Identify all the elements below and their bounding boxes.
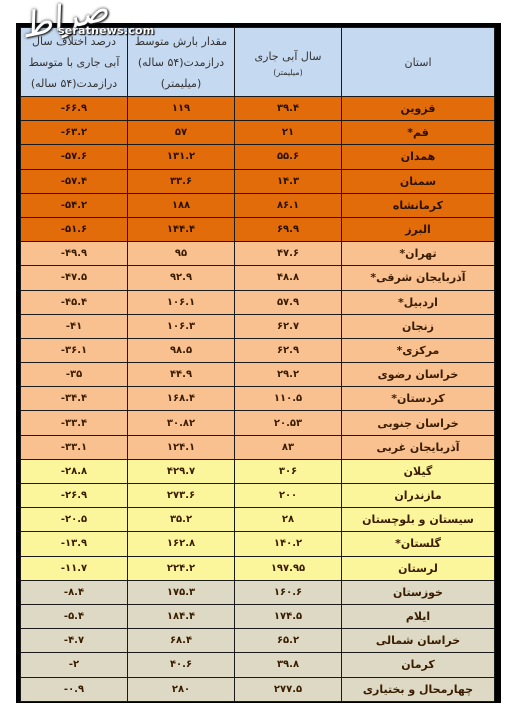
cell-province: قزوین: [342, 97, 495, 121]
cell-long-term-average: ۲۷۳.۶: [128, 484, 235, 508]
cell-current-year: ۶۲.۹: [235, 338, 342, 362]
cell-current-year: ۵۵.۶: [235, 145, 342, 169]
cell-diff-percent: -۱۳.۹: [21, 532, 128, 556]
cell-diff-percent: -۳۵: [21, 363, 128, 387]
cell-current-year: ۲۰۰: [235, 484, 342, 508]
cell-province: گلستان*: [342, 532, 495, 556]
cell-long-term-average: ۱۰۶.۱: [128, 290, 235, 314]
cell-province: مازندران: [342, 484, 495, 508]
cell-long-term-average: ۴۲۹.۷: [128, 459, 235, 483]
cell-current-year: ۲۰.۵۳: [235, 411, 342, 435]
cell-long-term-average: ۲۲۴.۲: [128, 556, 235, 580]
cell-province: سیستان و بلوچستان: [342, 508, 495, 532]
watermark-url: seratnews.com: [58, 24, 154, 37]
cell-current-year: ۳۰۶: [235, 459, 342, 483]
cell-long-term-average: ۱۶۸.۴: [128, 387, 235, 411]
cell-province: کردستان*: [342, 387, 495, 411]
table-row: -۴.۷۶۸.۴۶۵.۲خراسان شمالی: [21, 629, 495, 653]
cell-diff-percent: -۶۶.۹: [21, 97, 128, 121]
cell-province: خراسان جنوبی: [342, 411, 495, 435]
cell-province: لرستان: [342, 556, 495, 580]
table-row: -۵۱.۶۱۴۴.۴۶۹.۹البرز: [21, 217, 495, 241]
table-row: -۴۷.۵۹۲.۹۴۸.۸آذربایجان شرقی*: [21, 266, 495, 290]
cell-current-year: ۴۸.۸: [235, 266, 342, 290]
cell-current-year: ۱۴۰.۲: [235, 532, 342, 556]
cell-diff-percent: -۲: [21, 653, 128, 677]
cell-diff-percent: -۳۳.۴: [21, 411, 128, 435]
cell-current-year: ۶۲.۷: [235, 314, 342, 338]
table-row: -۱۱.۷۲۲۴.۲۱۹۷.۹۵لرستان: [21, 556, 495, 580]
cell-current-year: ۲۱: [235, 121, 342, 145]
table-row: -۵۴.۲۱۸۸۸۶.۱کرمانشاه: [21, 193, 495, 217]
table-row: -۸.۴۱۷۵.۳۱۶۰.۶خوزستان: [21, 580, 495, 604]
cell-current-year: ۱۴.۳: [235, 169, 342, 193]
table-row: -۴۱۱۰۶.۳۶۲.۷زنجان: [21, 314, 495, 338]
cell-long-term-average: ۱۶۲.۸: [128, 532, 235, 556]
cell-long-term-average: ۳۵.۲: [128, 508, 235, 532]
header-current-unit: (میلیمتر): [235, 67, 341, 79]
table-row: -۳۶.۱۹۸.۵۶۲.۹مرکزی*: [21, 338, 495, 362]
cell-province: تهران*: [342, 242, 495, 266]
cell-long-term-average: ۳۰.۸۲: [128, 411, 235, 435]
cell-diff-percent: -۴۱: [21, 314, 128, 338]
cell-current-year: ۲۹.۲: [235, 363, 342, 387]
header-province-label: استان: [404, 56, 431, 69]
cell-long-term-average: ۵۷: [128, 121, 235, 145]
cell-province: خراسان شمالی: [342, 629, 495, 653]
cell-current-year: ۱۷۴.۵: [235, 604, 342, 628]
cell-long-term-average: ۱۸۴.۴: [128, 604, 235, 628]
cell-province: کرمانشاه: [342, 193, 495, 217]
cell-province: مرکزی*: [342, 338, 495, 362]
table-row: -۲۸.۸۴۲۹.۷۳۰۶گیلان: [21, 459, 495, 483]
cell-diff-percent: -۴۹.۹: [21, 242, 128, 266]
cell-long-term-average: ۴۴.۹: [128, 363, 235, 387]
table-row: -۴۵.۴۱۰۶.۱۵۷.۹اردبیل*: [21, 290, 495, 314]
cell-province: زنجان: [342, 314, 495, 338]
cell-current-year: ۲۸: [235, 508, 342, 532]
table-body: -۶۶.۹۱۱۹۳۹.۴قزوین-۶۳.۲۵۷۲۱قم*-۵۷.۶۱۳۱.۲۵…: [21, 97, 495, 702]
rainfall-table: درصد اختلاف سال آبی جاری با متوسط درازمد…: [20, 27, 495, 702]
cell-diff-percent: -۱۱.۷: [21, 556, 128, 580]
cell-diff-percent: -۳۳.۱: [21, 435, 128, 459]
cell-diff-percent: -۵۷.۴: [21, 169, 128, 193]
cell-long-term-average: ۹۵: [128, 242, 235, 266]
table-row: -۵.۴۱۸۴.۴۱۷۴.۵ایلام: [21, 604, 495, 628]
cell-current-year: ۲۷۷.۵: [235, 677, 342, 701]
header-current-label: سال آبی جاری: [255, 50, 322, 63]
cell-province: ایلام: [342, 604, 495, 628]
cell-province: همدان: [342, 145, 495, 169]
cell-province: قم*: [342, 121, 495, 145]
cell-diff-percent: -۸.۴: [21, 580, 128, 604]
cell-current-year: ۱۹۷.۹۵: [235, 556, 342, 580]
cell-current-year: ۴۷.۶: [235, 242, 342, 266]
cell-diff-percent: -۳۴.۴: [21, 387, 128, 411]
cell-current-year: ۶۵.۲: [235, 629, 342, 653]
cell-diff-percent: -۴۷.۵: [21, 266, 128, 290]
cell-long-term-average: ۱۸۸: [128, 193, 235, 217]
cell-long-term-average: ۶۸.۴: [128, 629, 235, 653]
cell-diff-percent: -۵.۴: [21, 604, 128, 628]
cell-long-term-average: ۱۴۴.۴: [128, 217, 235, 241]
cell-province: خوزستان: [342, 580, 495, 604]
cell-current-year: ۸۳: [235, 435, 342, 459]
cell-long-term-average: ۴۰.۶: [128, 653, 235, 677]
cell-diff-percent: -۵۷.۶: [21, 145, 128, 169]
table-row: -۲۶.۹۲۷۳.۶۲۰۰مازندران: [21, 484, 495, 508]
cell-diff-percent: -۶۳.۲: [21, 121, 128, 145]
header-current-year: سال آبی جاری (میلیمتر): [235, 28, 342, 97]
header-avg-label: مقدار بارش متوسط درازمدت(۵۴ ساله): [135, 35, 227, 69]
table-row: -۳۴.۴۱۶۸.۴۱۱۰.۵کردستان*: [21, 387, 495, 411]
cell-province: سمنان: [342, 169, 495, 193]
cell-diff-percent: -۰.۹: [21, 677, 128, 701]
cell-diff-percent: -۴۵.۴: [21, 290, 128, 314]
cell-long-term-average: ۲۸۰: [128, 677, 235, 701]
cell-diff-percent: -۲۰.۵: [21, 508, 128, 532]
table-row: -۳۳.۴۳۰.۸۲۲۰.۵۳خراسان جنوبی: [21, 411, 495, 435]
table-row: -۲۴۰.۶۳۹.۸کرمان: [21, 653, 495, 677]
cell-province: چهارمحال و بختیاری: [342, 677, 495, 701]
cell-long-term-average: ۱۷۵.۳: [128, 580, 235, 604]
cell-province: کرمان: [342, 653, 495, 677]
table-row: -۵۷.۶۱۳۱.۲۵۵.۶همدان: [21, 145, 495, 169]
cell-long-term-average: ۹۲.۹: [128, 266, 235, 290]
table-row: -۳۳.۱۱۲۴.۱۸۳آذربایجان غربی: [21, 435, 495, 459]
cell-long-term-average: ۹۸.۵: [128, 338, 235, 362]
table-row: -۱۳.۹۱۶۲.۸۱۴۰.۲گلستان*: [21, 532, 495, 556]
cell-diff-percent: -۲۸.۸: [21, 459, 128, 483]
header-avg-unit: (میلیمتر): [134, 73, 228, 94]
cell-current-year: ۵۷.۹: [235, 290, 342, 314]
cell-current-year: ۳۹.۸: [235, 653, 342, 677]
cell-province: اردبیل*: [342, 290, 495, 314]
table-row: -۶۳.۲۵۷۲۱قم*: [21, 121, 495, 145]
cell-long-term-average: ۱۳۱.۲: [128, 145, 235, 169]
cell-long-term-average: ۱۱۹: [128, 97, 235, 121]
header-province: استان: [342, 28, 495, 97]
watermark: صراط seratnews.com: [6, 0, 146, 48]
cell-current-year: ۱۱۰.۵: [235, 387, 342, 411]
cell-province: آذربایجان شرقی*: [342, 266, 495, 290]
cell-province: البرز: [342, 217, 495, 241]
table-row: -۶۶.۹۱۱۹۳۹.۴قزوین: [21, 97, 495, 121]
cell-diff-percent: -۵۱.۶: [21, 217, 128, 241]
cell-province: خراسان رضوی: [342, 363, 495, 387]
table-row: -۰.۹۲۸۰۲۷۷.۵چهارمحال و بختیاری: [21, 677, 495, 701]
table-row: -۳۵۴۴.۹۲۹.۲خراسان رضوی: [21, 363, 495, 387]
cell-long-term-average: ۱۰۶.۳: [128, 314, 235, 338]
cell-diff-percent: -۴.۷: [21, 629, 128, 653]
table-row: -۵۷.۴۳۳.۶۱۴.۳سمنان: [21, 169, 495, 193]
cell-province: آذربایجان غربی: [342, 435, 495, 459]
cell-current-year: ۳۹.۴: [235, 97, 342, 121]
cell-current-year: ۸۶.۱: [235, 193, 342, 217]
cell-long-term-average: ۱۲۴.۱: [128, 435, 235, 459]
cell-diff-percent: -۳۶.۱: [21, 338, 128, 362]
cell-diff-percent: -۲۶.۹: [21, 484, 128, 508]
cell-current-year: ۱۶۰.۶: [235, 580, 342, 604]
cell-province: گیلان: [342, 459, 495, 483]
cell-long-term-average: ۳۳.۶: [128, 169, 235, 193]
cell-diff-percent: -۵۴.۲: [21, 193, 128, 217]
table-row: -۲۰.۵۳۵.۲۲۸سیستان و بلوچستان: [21, 508, 495, 532]
table-row: -۴۹.۹۹۵۴۷.۶تهران*: [21, 242, 495, 266]
cell-current-year: ۶۹.۹: [235, 217, 342, 241]
